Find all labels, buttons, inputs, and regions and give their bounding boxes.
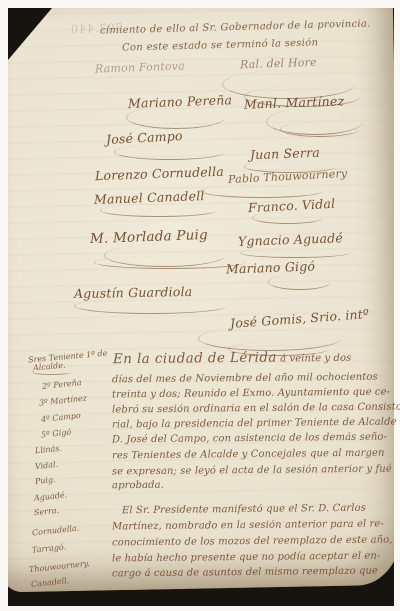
signature-flourish (280, 122, 359, 137)
signature-flourish (240, 248, 349, 258)
body-line-9: aprobada. (112, 481, 164, 492)
scanned-manuscript-page: { "page": { "bleed_number": "797.440", "… (0, 0, 400, 611)
margin-underline (32, 370, 71, 375)
signature-flourish (114, 144, 225, 160)
signature-del-hore: Ral. del Hore (240, 57, 317, 71)
signature-flourish (200, 184, 323, 198)
signature-fontova: Ramon Fontova (95, 60, 185, 74)
signature-flourish (74, 298, 227, 314)
signature-flourish (268, 274, 331, 290)
body-opening-phrase: En la ciudad de Lérida (113, 350, 277, 368)
signature-flourish (100, 204, 217, 217)
body-line-1: En la ciudad de Lérida á veinte y dos (113, 351, 352, 367)
signature-flourish (94, 256, 245, 269)
signature-flourish (126, 106, 225, 129)
signature-flourish (252, 212, 323, 224)
body-line-1-rest: á veinte y dos (280, 353, 351, 365)
